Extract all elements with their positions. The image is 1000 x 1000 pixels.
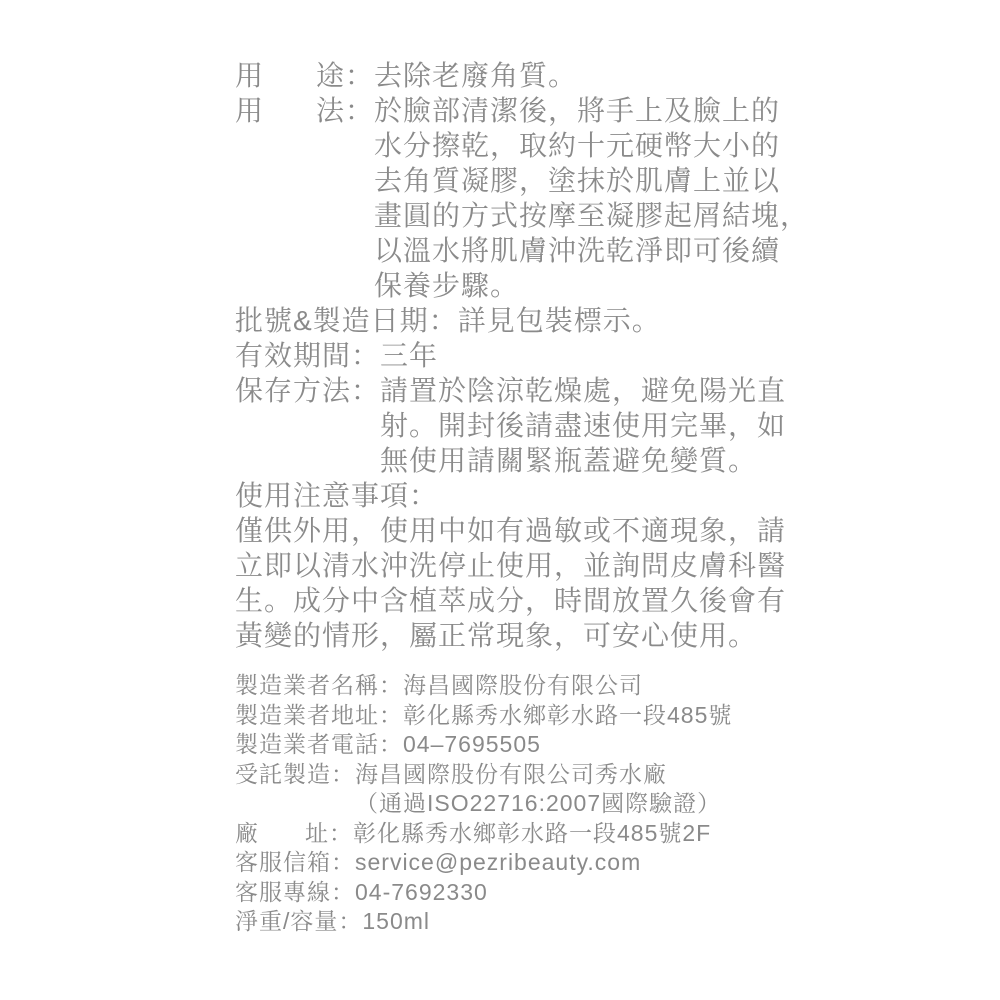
mfr-row-phone: 製造業者電話：04–7695505 <box>235 730 780 760</box>
contract-manufacturer-label: 受託製造 <box>235 760 331 790</box>
service-hotline-value: 04-7692330 <box>355 878 780 908</box>
mfr-row-contract: 受託製造：海昌國際股份有限公司秀水廠 （通過ISO22716:2007國際驗證） <box>235 760 780 819</box>
directions-label: 用法 <box>235 93 345 128</box>
colon-separator: ： <box>351 338 380 373</box>
colon-separator: ： <box>379 730 403 760</box>
product-info-page: { "page": { "background_color": "#ffffff… <box>0 0 1000 1000</box>
batch-date-label: 批號&製造日期 <box>235 303 429 338</box>
usage-label: 用途 <box>235 58 345 93</box>
colon-separator: ： <box>331 878 355 908</box>
manufacturer-info-block: 製造業者名稱：海昌國際股份有限公司 製造業者地址：彰化縣秀水鄉彰水路一段485號… <box>235 671 780 937</box>
spec-row-validity: 有效期間：三年 <box>235 338 780 373</box>
spec-row-directions: 用法：於臉部清潔後，將手上及臉上的 水分擦乾，取約十元硬幣大小的 去角質凝膠，塗… <box>235 93 780 303</box>
directions-value: 於臉部清潔後，將手上及臉上的 水分擦乾，取約十元硬幣大小的 去角質凝膠，塗抹於肌… <box>374 93 809 303</box>
factory-address-value: 彰化縣秀水鄉彰水路一段485號2F <box>353 819 780 849</box>
contract-manufacturer-value: 海昌國際股份有限公司秀水廠 （通過ISO22716:2007國際驗證） <box>355 760 780 819</box>
colon-separator: ： <box>379 671 403 701</box>
colon-separator: ： <box>429 303 458 338</box>
storage-value: 請置於陰涼乾燥處，避免陽光直 射。開封後請盡速使用完畢，如 無使用請關緊瓶蓋避免… <box>380 373 786 478</box>
colon-separator: ： <box>329 819 353 849</box>
notice-paragraph: 僅供外用，使用中如有過敏或不適現象，請 立即以清水沖洗停止使用，並詢問皮膚科醫 … <box>235 513 780 653</box>
storage-label: 保存方法 <box>235 373 351 408</box>
manufacturer-name-label: 製造業者名稱 <box>235 671 379 701</box>
colon-separator: ： <box>345 58 374 93</box>
product-info-sheet: 用途：去除老廢角質。 用法：於臉部清潔後，將手上及臉上的 水分擦乾，取約十元硬幣… <box>235 58 780 937</box>
usage-value: 去除老廢角質。 <box>374 58 780 93</box>
colon-separator: ： <box>338 907 362 937</box>
usage-spec-block: 用途：去除老廢角質。 用法：於臉部清潔後，將手上及臉上的 水分擦乾，取約十元硬幣… <box>235 58 780 653</box>
manufacturer-address-value: 彰化縣秀水鄉彰水路一段485號 <box>403 701 780 731</box>
mfr-row-name: 製造業者名稱：海昌國際股份有限公司 <box>235 671 780 701</box>
colon-separator: ： <box>351 373 380 408</box>
mfr-row-service-hotline: 客服專線：04-7692330 <box>235 878 780 908</box>
colon-separator: ： <box>331 760 355 790</box>
colon-separator: ： <box>331 848 355 878</box>
manufacturer-phone-value: 04–7695505 <box>403 730 780 760</box>
net-weight-label: 淨重/容量 <box>235 907 338 937</box>
spec-row-usage: 用途：去除老廢角質。 <box>235 58 780 93</box>
factory-address-label: 廠址 <box>235 819 329 849</box>
net-weight-value: 150ml <box>362 907 780 937</box>
spec-row-storage: 保存方法：請置於陰涼乾燥處，避免陽光直 射。開封後請盡速使用完畢，如 無使用請關… <box>235 373 780 478</box>
spec-row-batch-date: 批號&製造日期：詳見包裝標示。 <box>235 303 780 338</box>
service-email-value: service@pezribeauty.com <box>355 848 780 878</box>
colon-separator: ： <box>379 701 403 731</box>
notice-heading: 使用注意事項： <box>235 478 780 513</box>
colon-separator: ： <box>345 93 374 128</box>
validity-label: 有效期間 <box>235 338 351 373</box>
validity-value: 三年 <box>380 338 780 373</box>
mfr-row-net-weight: 淨重/容量：150ml <box>235 907 780 937</box>
mfr-row-service-email: 客服信箱：service@pezribeauty.com <box>235 848 780 878</box>
batch-date-value: 詳見包裝標示。 <box>458 303 780 338</box>
service-hotline-label: 客服專線 <box>235 878 331 908</box>
mfr-row-address: 製造業者地址：彰化縣秀水鄉彰水路一段485號 <box>235 701 780 731</box>
manufacturer-name-value: 海昌國際股份有限公司 <box>403 671 780 701</box>
manufacturer-address-label: 製造業者地址 <box>235 701 379 731</box>
manufacturer-phone-label: 製造業者電話 <box>235 730 379 760</box>
service-email-label: 客服信箱 <box>235 848 331 878</box>
mfr-row-factory-address: 廠址：彰化縣秀水鄉彰水路一段485號2F <box>235 819 780 849</box>
